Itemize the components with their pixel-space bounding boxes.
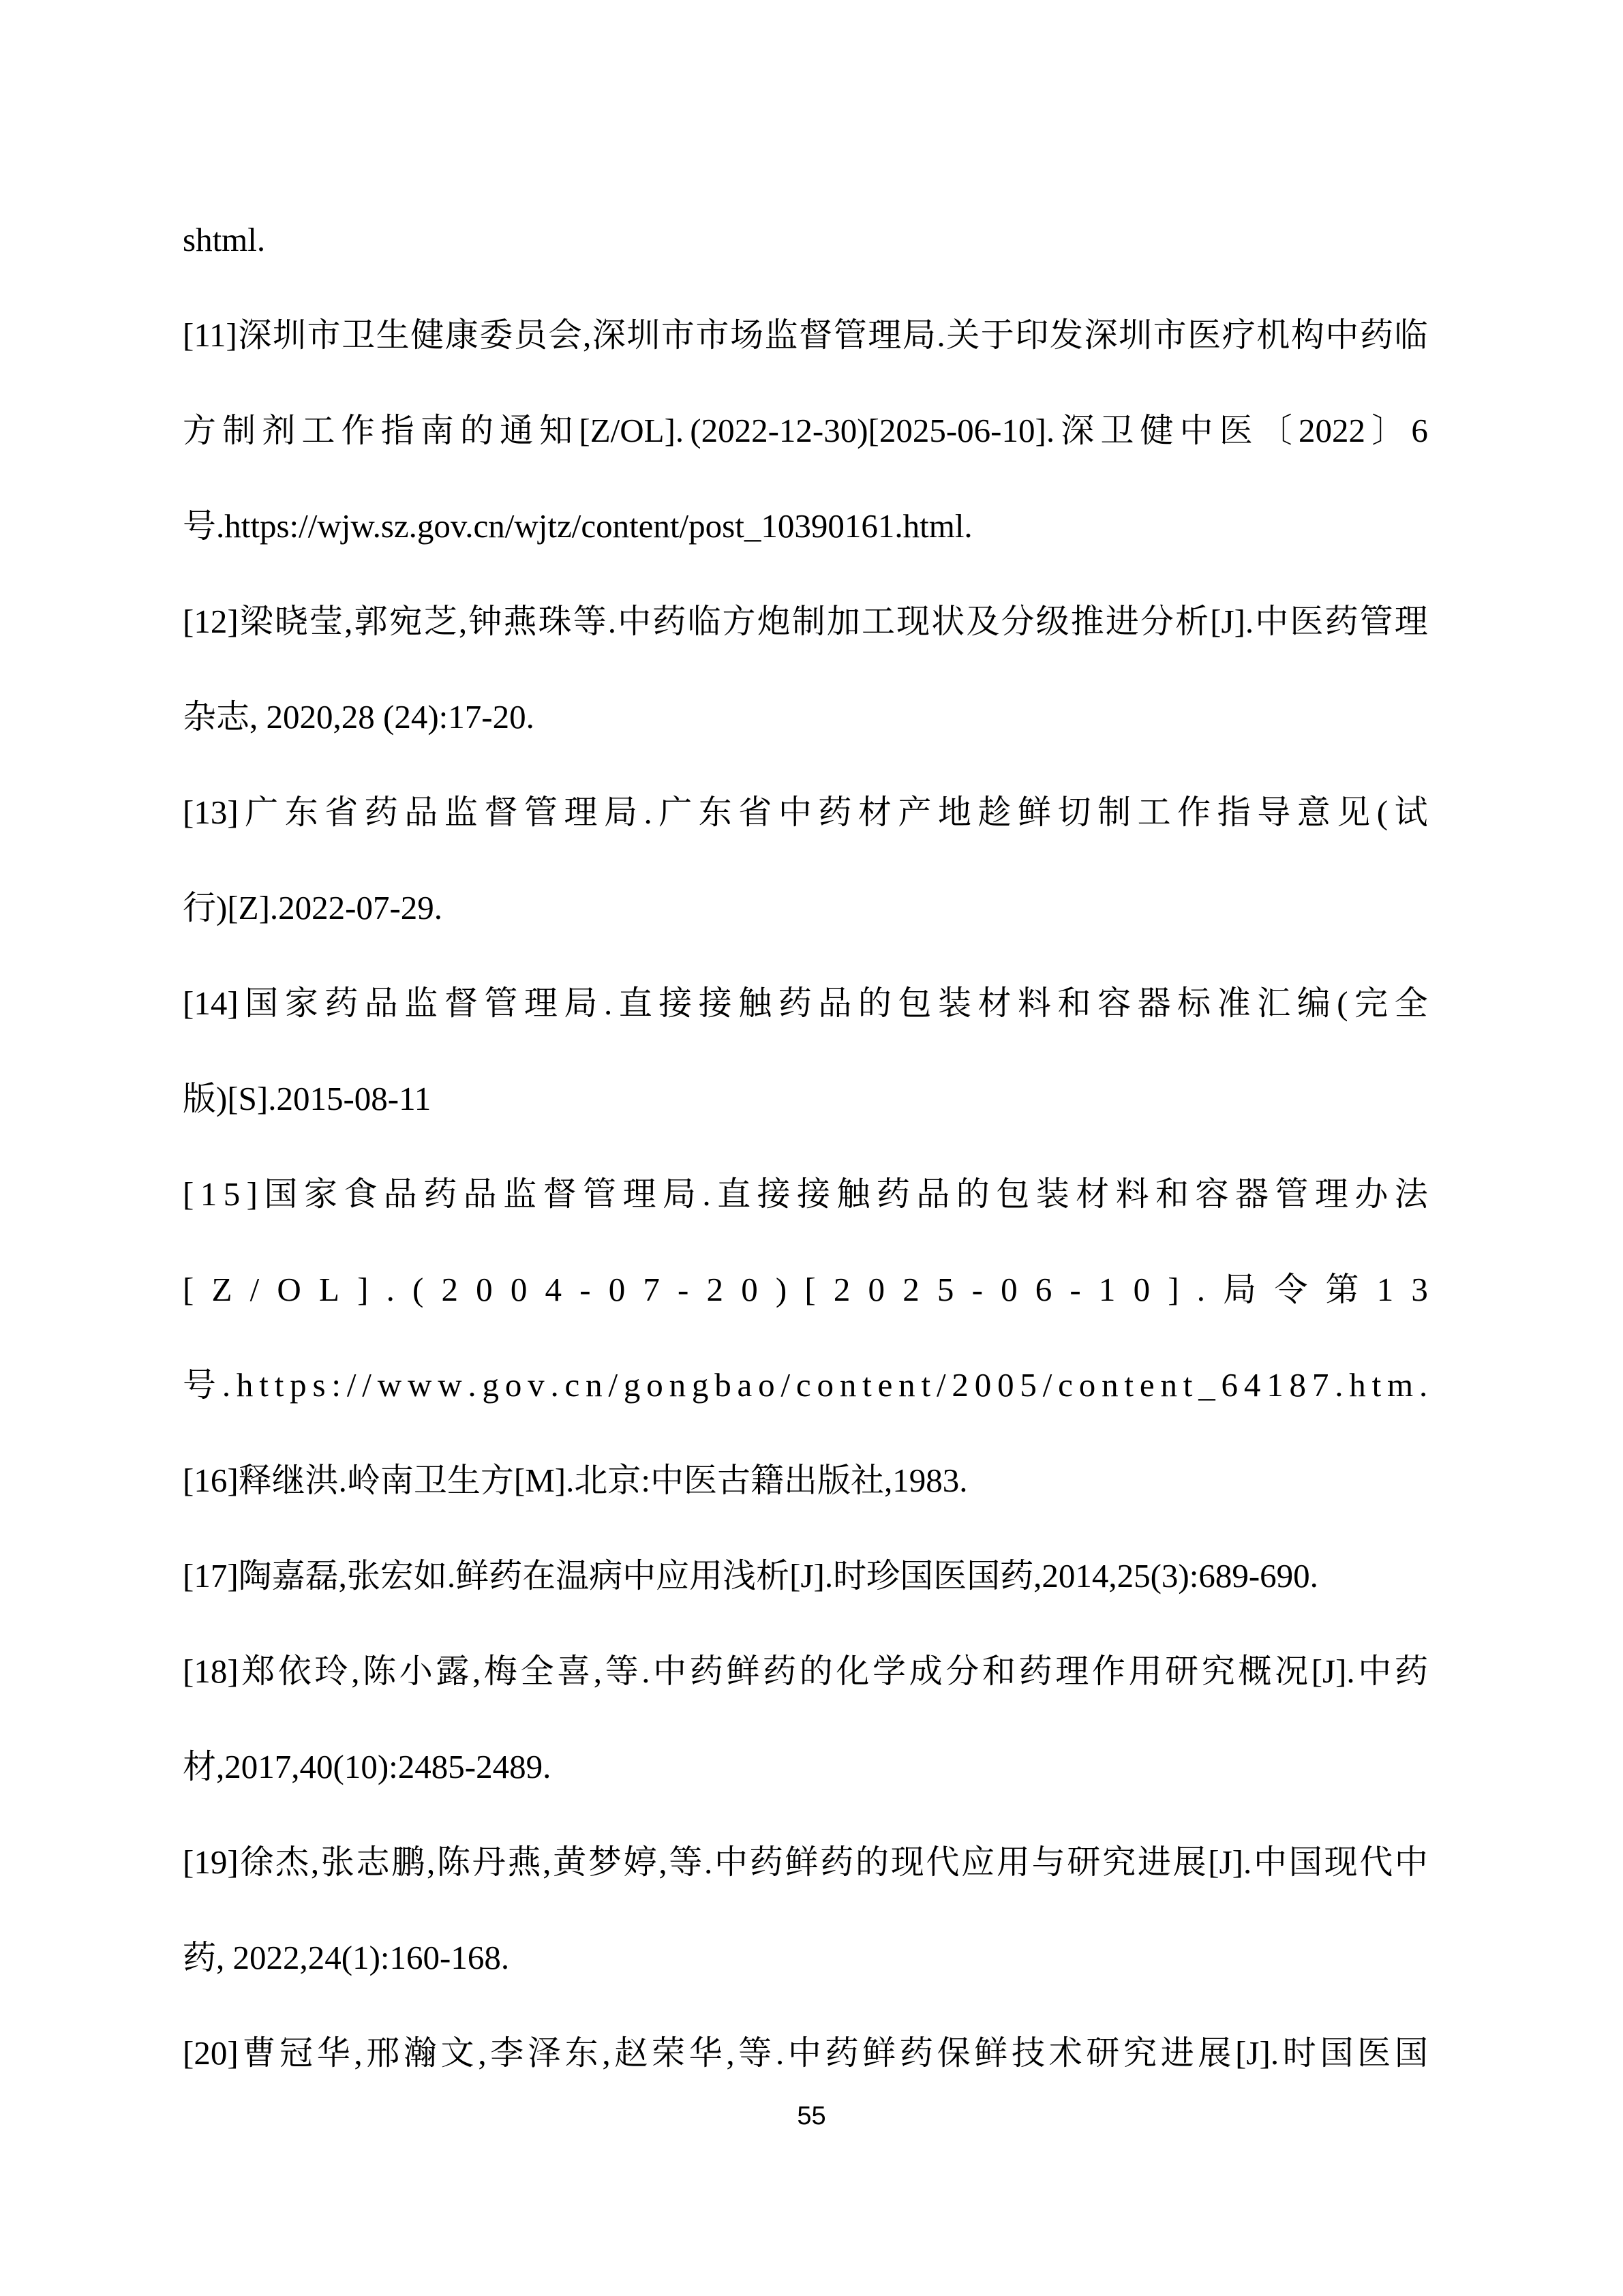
reference-19-line-1: [19]徐杰,张志鹏,陈丹燕,黄梦婷,等.中药鲜药的现代应用与研究进展[J].中…	[183, 1815, 1428, 1910]
reference-11-line-3: 号.https://wjw.sz.gov.cn/wjtz/content/pos…	[183, 479, 1428, 574]
reference-18-line-2: 材,2017,40(10):2485-2489.	[183, 1719, 1428, 1815]
reference-11-line-1: [11]深圳市卫生健康委员会,深圳市市场监督管理局.关于印发深圳市医疗机构中药临	[183, 288, 1428, 383]
page-continuation-line: shtml.	[183, 192, 1428, 288]
reference-12-line-1: [12]梁晓莹,郭宛芝,钟燕珠等.中药临方炮制加工现状及分级推进分析[J].中医…	[183, 574, 1428, 669]
reference-18-line-1: [18]郑依玲,陈小露,梅全喜,等.中药鲜药的化学成分和药理作用研究概况[J].…	[183, 1624, 1428, 1719]
reference-19-line-2: 药, 2022,24(1):160-168.	[183, 1910, 1428, 2006]
reference-14-line-1: [14]国家药品监督管理局.直接接触药品的包装材料和容器标准汇编(完全	[183, 956, 1428, 1051]
reference-16-line-1: [16]释继洪.岭南卫生方[M].北京:中医古籍出版社,1983.	[183, 1433, 1428, 1528]
page-number: 55	[0, 2098, 1623, 2134]
reference-20-line-1: [20]曹冠华,邢瀚文,李泽东,赵荣华,等.中药鲜药保鲜技术研究进展[J].时国…	[183, 2006, 1428, 2101]
reference-11-line-2: 方制剂工作指南的通知[Z/OL].(2022-12-30)[2025-06-10…	[183, 383, 1428, 479]
reference-14-line-2: 版)[S].2015-08-11	[183, 1051, 1428, 1147]
reference-13-line-2: 行)[Z].2022-07-29.	[183, 860, 1428, 956]
reference-13-line-1: [13]广东省药品监督管理局.广东省中药材产地趁鲜切制工作指导意见(试	[183, 765, 1428, 860]
reference-12-line-2: 杂志, 2020,28 (24):17-20.	[183, 669, 1428, 765]
references-list: shtml. [11]深圳市卫生健康委员会,深圳市市场监督管理局.关于印发深圳市…	[183, 192, 1428, 2101]
reference-15-line-1: [15]国家食品药品监督管理局.直接接触药品的包装材料和容器管理办法	[183, 1147, 1428, 1242]
reference-15-line-2: [Z/OL].(2004-07-20)[2025-06-10].局令第13	[183, 1242, 1428, 1338]
reference-15-line-3: 号.https://www.gov.cn/gongbao/content/200…	[183, 1338, 1428, 1433]
document-page: shtml. [11]深圳市卫生健康委员会,深圳市市场监督管理局.关于印发深圳市…	[0, 0, 1623, 2296]
reference-17-line-1: [17]陶嘉磊,张宏如.鲜药在温病中应用浅析[J].时珍国医国药,2014,25…	[183, 1528, 1428, 1624]
